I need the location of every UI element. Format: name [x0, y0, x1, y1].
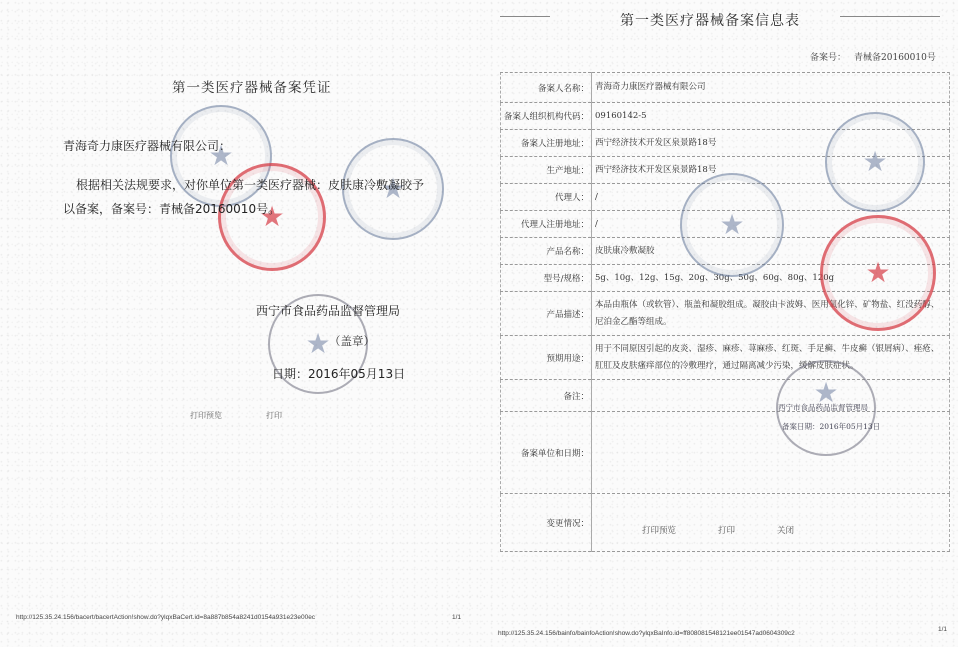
info-table: 备案人名称：青海奇力康医疗器械有限公司备案人组织机构代码：09160142-5备…	[500, 72, 950, 552]
field-label: 代理人：	[501, 184, 592, 211]
title-rule	[500, 16, 550, 17]
record-number-value: 青械备20160010号	[854, 53, 936, 63]
field-value: 西宁经济技术开发区泉景路18号	[592, 130, 950, 157]
certificate-actions: 打印预览 打印	[190, 410, 282, 421]
field-label: 生产地址：	[501, 157, 592, 184]
seal-label: （盖章）	[329, 333, 375, 349]
field-value: 用于不同原因引起的皮炎、湿疹、麻疹、荨麻疹、红斑、手足癣、牛皮癣（银屑病）、痤疮…	[592, 336, 950, 380]
table-row: 备案单位和日期：	[501, 412, 950, 494]
certificate-page: 第一类医疗器械备案凭证 ★ ★ ★ 青海奇力康医疗器械有限公司： 根据相关法规要…	[0, 0, 478, 647]
stamp-issuer-text: 西宁市食品药品监督管理局	[778, 402, 868, 413]
table-row: 备案人组织机构代码：09160142-5	[501, 103, 950, 130]
info-sheet-actions: 打印预览 打印 关闭	[642, 524, 794, 536]
record-number-label: 备案号：	[810, 53, 846, 63]
certificate-title: 第一类医疗器械备案凭证	[172, 76, 332, 96]
title-rule	[840, 16, 940, 17]
print-preview-link[interactable]: 打印预览	[190, 410, 222, 421]
field-label: 备案人注册地址：	[501, 130, 592, 157]
record-number: 备案号：青械备20160010号	[810, 50, 936, 63]
table-row: 代理人注册地址：/	[501, 211, 950, 238]
table-row: 备案人名称：青海奇力康医疗器械有限公司	[501, 73, 950, 103]
field-value: 西宁经济技术开发区泉景路18号	[592, 157, 950, 184]
field-label: 型号/规格：	[501, 265, 592, 292]
table-row: 型号/规格：5g、10g、12g、15g、20g、30g、50g、60g、80g…	[501, 265, 950, 292]
table-row: 备案人注册地址：西宁经济技术开发区泉景路18号	[501, 130, 950, 157]
field-label: 变更情况：	[501, 494, 592, 552]
print-link[interactable]: 打印	[266, 410, 282, 421]
page-number: 1/1	[938, 626, 947, 633]
table-row: 产品描述：本品由瓶体（或软管）、瓶盖和凝胶组成。凝胶由卡波姆、医用氧化锌、矿物盐…	[501, 292, 950, 336]
table-row: 产品名称：皮肤康冷敷凝胶	[501, 238, 950, 265]
print-preview-link[interactable]: 打印预览	[642, 524, 676, 536]
field-value: 青海奇力康医疗器械有限公司	[592, 73, 950, 103]
field-label: 产品名称：	[501, 238, 592, 265]
field-value: 09160142-5	[592, 103, 950, 130]
field-label: 备案单位和日期：	[501, 412, 592, 494]
page-url: http://125.35.24.156/bainfo/bainfoAction…	[498, 630, 795, 637]
stamp-date-text: 备案日期：2016年05月13日	[782, 421, 880, 432]
star-icon: ★	[305, 330, 330, 358]
table-row: 生产地址：西宁经济技术开发区泉景路18号	[501, 157, 950, 184]
table-row: 备注：	[501, 380, 950, 412]
table-row: 变更情况：	[501, 494, 950, 552]
field-value: 5g、10g、12g、15g、20g、30g、50g、60g、80g、120g	[592, 265, 950, 292]
print-link[interactable]: 打印	[718, 524, 735, 536]
field-value: /	[592, 184, 950, 211]
field-label: 代理人注册地址：	[501, 211, 592, 238]
table-row: 代理人：/	[501, 184, 950, 211]
certificate-addressee: 青海奇力康医疗器械有限公司：	[63, 137, 231, 154]
field-value: 皮肤康冷敷凝胶	[592, 238, 950, 265]
field-label: 备案人名称：	[501, 73, 592, 103]
field-value: /	[592, 211, 950, 238]
page-number: 1/1	[452, 614, 461, 621]
certificate-issuer: 西宁市食品药品监督管理局	[256, 302, 400, 319]
info-sheet-title: 第一类医疗器械备案信息表	[620, 10, 800, 30]
field-label: 预期用途：	[501, 336, 592, 380]
close-link[interactable]: 关闭	[777, 524, 794, 536]
table-row: 预期用途：用于不同原因引起的皮炎、湿疹、麻疹、荨麻疹、红斑、手足癣、牛皮癣（银屑…	[501, 336, 950, 380]
field-label: 备注：	[501, 380, 592, 412]
page-url: http://125.35.24.156/bacert/bacertAction…	[16, 614, 315, 621]
field-label: 备案人组织机构代码：	[501, 103, 592, 130]
certificate-date: 日期：2016年05月13日	[272, 365, 405, 382]
field-label: 产品描述：	[501, 292, 592, 336]
info-sheet-page: 第一类医疗器械备案信息表 备案号：青械备20160010号 备案人名称：青海奇力…	[480, 0, 958, 647]
field-value	[592, 494, 950, 552]
field-value	[592, 380, 950, 412]
certificate-body: 根据相关法规要求，对你单位第一类医疗器械：皮肤康冷敷凝胶予以备案，备案号：青械备…	[63, 173, 428, 221]
field-value	[592, 412, 950, 494]
field-value: 本品由瓶体（或软管）、瓶盖和凝胶组成。凝胶由卡波姆、医用氧化锌、矿物盐、红没药醇…	[592, 292, 950, 336]
